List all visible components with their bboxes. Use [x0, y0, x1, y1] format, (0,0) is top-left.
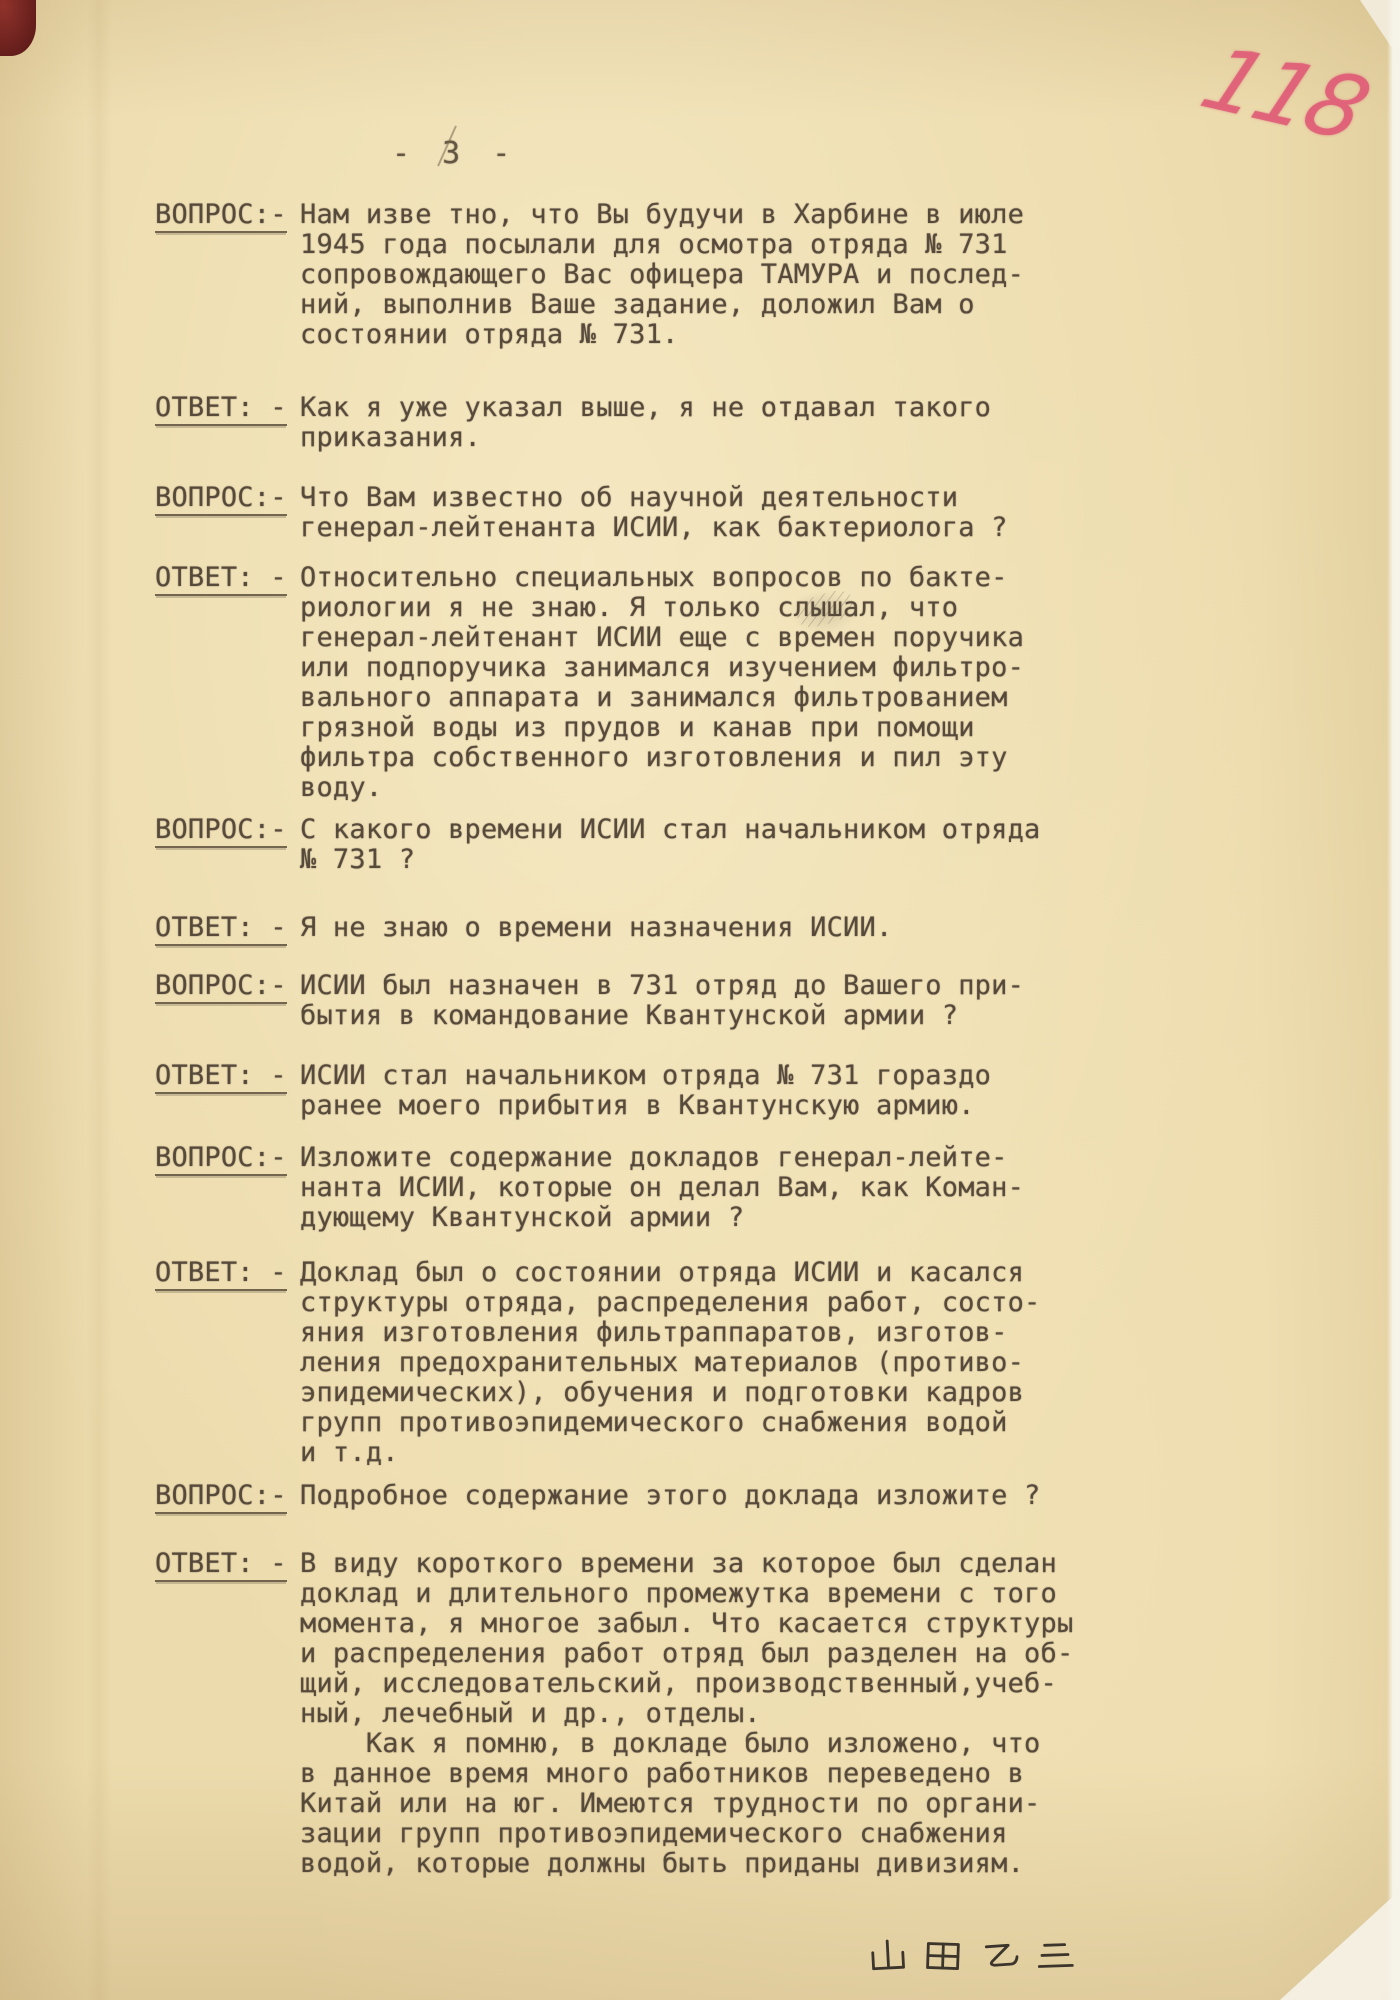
kanji-yama	[872, 1940, 903, 1969]
qa-block: ОТВЕТ: - В виду короткого времени за кот…	[155, 1549, 1095, 1879]
qa-block: ВОПРОС:- Подробное содержание этого докл…	[155, 1481, 1095, 1514]
question-label: ВОПРОС:-	[155, 483, 300, 516]
answer-text: Относительно специальных вопросов по бак…	[300, 563, 1095, 803]
answer-text: В виду короткого времени за которое был …	[300, 1549, 1095, 1879]
answer-text: Как я уже указал выше, я не отдавал тако…	[300, 393, 1095, 453]
kanji-ta	[928, 1944, 959, 1969]
qa-block: ВОПРОС:- Нам изве тно, что Вы будучи в Х…	[155, 200, 1095, 350]
question-text: Что Вам известно об научной деятельности…	[300, 483, 1095, 543]
qa-block: ОТВЕТ: - Относительно специальных вопрос…	[155, 563, 1095, 803]
question-label: ВОПРОС:-	[155, 1143, 300, 1176]
answer-text: Доклад был о состоянии отряда ИСИИ и кас…	[300, 1258, 1095, 1468]
question-text: Нам изве тно, что Вы будучи в Харбине в …	[300, 200, 1095, 350]
qa-block: ВОПРОС:- Изложите содержание докладов ге…	[155, 1143, 1095, 1233]
answer-label: ОТВЕТ: -	[155, 1549, 300, 1582]
qa-block: ОТВЕТ: - Доклад был о состоянии отряда И…	[155, 1258, 1095, 1468]
question-text: С какого времени ИСИИ стал начальником о…	[300, 815, 1095, 875]
qa-block: ВОПРОС:- Что Вам известно об научной дея…	[155, 483, 1095, 543]
kanji-san	[1039, 1944, 1073, 1966]
signature-kanji-yamada-otozo	[866, 1934, 1082, 1980]
answer-label: ОТВЕТ: -	[155, 1258, 300, 1291]
kanji-otsu	[986, 1945, 1017, 1966]
answer-label: ОТВЕТ: -	[155, 563, 300, 596]
question-text: ИСИИ был назначен в 731 отряд до Вашего …	[300, 971, 1095, 1031]
answer-label: ОТВЕТ: -	[155, 393, 300, 426]
answer-text: Я не знаю о времени назначения ИСИИ.	[300, 913, 1095, 943]
page-number: - 3 -	[392, 136, 517, 171]
page-edge-right	[1387, 0, 1400, 2000]
qa-block: ОТВЕТ: - ИСИИ стал начальником отряда № …	[155, 1061, 1095, 1121]
question-label: ВОПРОС:-	[155, 200, 300, 233]
question-label: ВОПРОС:-	[155, 971, 300, 1004]
qa-block: ОТВЕТ: - Как я уже указал выше, я не отд…	[155, 393, 1095, 453]
question-label: ВОПРОС:-	[155, 1481, 300, 1514]
question-text: Подробное содержание этого доклада излож…	[300, 1481, 1095, 1511]
answer-label: ОТВЕТ: -	[155, 1061, 300, 1094]
paper-fold	[86, 0, 112, 2000]
qa-block: ВОПРОС:- ИСИИ был назначен в 731 отряд д…	[155, 971, 1095, 1031]
answer-text: ИСИИ стал начальником отряда № 731 гораз…	[300, 1061, 1095, 1121]
qa-block: ВОПРОС:- С какого времени ИСИИ стал нача…	[155, 815, 1095, 875]
interrogation-transcript: ВОПРОС:- Нам изве тно, что Вы будучи в Х…	[155, 200, 1095, 1879]
question-label: ВОПРОС:-	[155, 815, 300, 848]
question-text: Изложите содержание докладов генерал-лей…	[300, 1143, 1095, 1233]
answer-label: ОТВЕТ: -	[155, 913, 300, 946]
qa-block: ОТВЕТ: - Я не знаю о времени назначения …	[155, 913, 1095, 946]
